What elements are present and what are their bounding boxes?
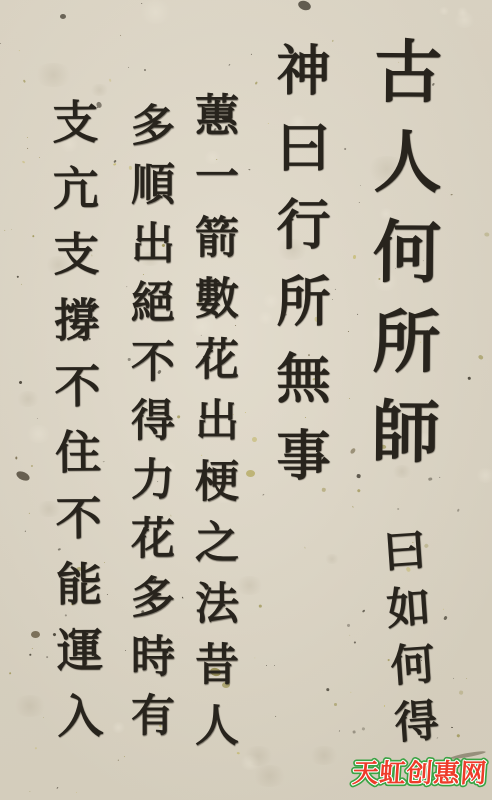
calligraphy-column-5: 支亢支撐不住不能運入 (49, 98, 101, 758)
calligraphy-column-annotation: 曰如何得 (376, 526, 436, 757)
calligraphy-column-4: 多順出絕不得力花多時有 (126, 102, 170, 751)
watermark-text: 天虹创惠网 (351, 758, 488, 789)
calligraphy-column-2: 神曰行所無事 (273, 42, 327, 504)
calligraphy-column-main: 古人何所師 (366, 36, 437, 486)
site-watermark: 天虹创惠网 天虹创惠网 天虹创惠网 (350, 752, 492, 796)
paper-sheet: 古人何所師 曰如何得 神曰行所無事 蕙一箭數花出梗之法昔人 多順出絕不得力花多時… (0, 0, 492, 800)
calligraphy-column-3: 蕙一箭數花出梗之法昔人 (190, 92, 234, 763)
